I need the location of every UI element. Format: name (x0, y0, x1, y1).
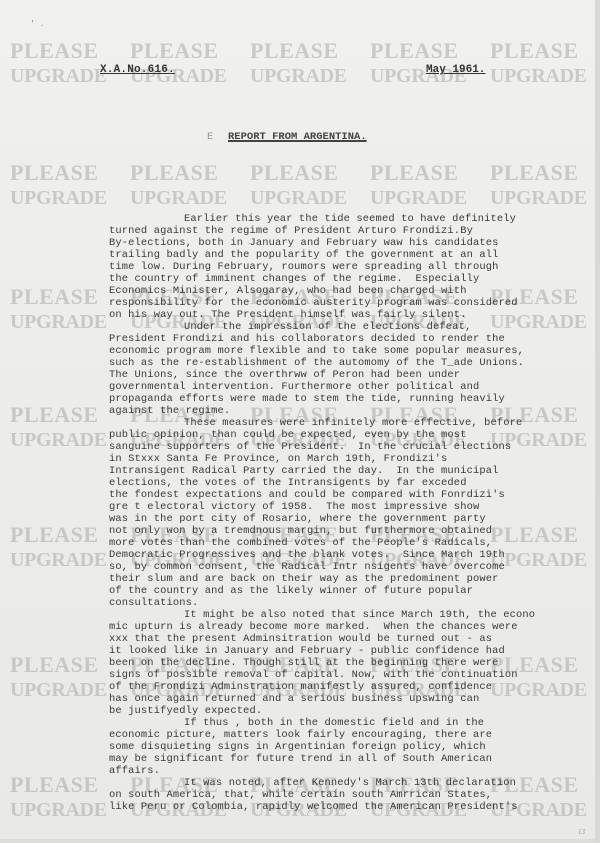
text-line: was in the port city of Rosario, where t… (109, 513, 599, 525)
text-line: the fondest expectations and could be co… (109, 489, 599, 501)
text-line: on his way out. The President himself wa… (109, 309, 599, 321)
text-line: governmental intervention. Furthermore o… (109, 381, 599, 393)
text-line: public opinion, than could be expected, … (109, 429, 599, 441)
text-line: mic upturn is already become more marked… (109, 621, 599, 633)
text-line: not only won by a tremdnous margin, but … (109, 525, 599, 537)
text-line: in Stxxx Santa Fe Province, on March 19t… (109, 453, 599, 465)
document-content: ' . X.A.No.616. May 1961. E REPORT FROM … (0, 0, 600, 843)
text-line: so, by common consent, the Radical Intr … (109, 561, 599, 573)
text-line: Under the impression of the elections de… (109, 321, 599, 333)
text-line: signs of possible removal of capital. No… (109, 669, 599, 681)
text-line: has once again returned and a serious bu… (109, 693, 599, 705)
text-line: such as the re-establishment of the auto… (109, 357, 599, 369)
text-line: trailing badly and the popularity of the… (109, 249, 599, 261)
text-line: responsibility for the economic austerit… (109, 297, 599, 309)
title-prefix: E (207, 131, 213, 143)
text-line: affairs. (109, 765, 599, 777)
text-line: against the regime. (109, 405, 599, 417)
text-line: on south America, that, while certain so… (109, 789, 599, 801)
text-line: These measures were infinitely more effe… (109, 417, 599, 429)
text-line: the country of imminent changes of the r… (109, 273, 599, 285)
text-line: more votes than the combined votes of th… (109, 537, 599, 549)
text-line: their slum and are back on their way as … (109, 573, 599, 585)
text-line: President Frondizi and his collaborators… (109, 333, 599, 345)
text-line: like Peru or Colombia, rapidly welcomed … (109, 801, 599, 813)
text-line: economic picture, matters look fairly en… (109, 729, 599, 741)
text-line: Intransigent Radical Party carried the d… (109, 465, 599, 477)
text-line: turned against the regime of President A… (109, 225, 599, 237)
document-body: Earlier this year the tide seemed to hav… (109, 213, 599, 813)
text-line: time low. During February, roumors were … (109, 261, 599, 273)
document-page: PLEASEPLEASEPLEASEPLEASEPLEASEUPGRADEUPG… (0, 0, 600, 843)
text-line: gre t electoral victory of 1958. The mos… (109, 501, 599, 513)
text-line: If thus , both in the domestic field and… (109, 717, 599, 729)
document-title: REPORT FROM ARGENTINA. (228, 131, 367, 143)
text-line: some disquieting signs in Argentinian fo… (109, 741, 599, 753)
page-number: 13 (578, 828, 585, 836)
text-line: It might be also noted that since March … (109, 609, 599, 621)
text-line: been on the decline. Though still at the… (109, 657, 599, 669)
text-line: Economics Minister, Alsogaray, who had b… (109, 285, 599, 297)
text-line: of the Frondizi Adminstration manifestly… (109, 681, 599, 693)
text-line: of the country and as the likely winner … (109, 585, 599, 597)
corner-marks: ' . (30, 20, 44, 29)
text-line: Earlier this year the tide seemed to hav… (109, 213, 599, 225)
text-line: elections, the votes of the Intransigent… (109, 477, 599, 489)
text-line: Democratic Progressives and the blank vo… (109, 549, 599, 561)
text-line: may be significant for future trend in a… (109, 753, 599, 765)
reference-number: X.A.No.616. (100, 64, 175, 76)
document-date: May 1961. (426, 64, 485, 76)
text-line: sanguine supporters of the President. In… (109, 441, 599, 453)
text-line: It was noted, after Kennedy's March 13th… (109, 777, 599, 789)
text-line: The Unions, since the overthrww of Peron… (109, 369, 599, 381)
text-line: xxx that the present Adminsitration woul… (109, 633, 599, 645)
text-line: consultations. (109, 597, 599, 609)
text-line: it looked like in January and February -… (109, 645, 599, 657)
text-line: propaganda efforts were made to stem the… (109, 393, 599, 405)
text-line: economic program more flexible and to ta… (109, 345, 599, 357)
text-line: be justifyedly expected. (109, 705, 599, 717)
text-line: By-elections, both in January and Februa… (109, 237, 599, 249)
